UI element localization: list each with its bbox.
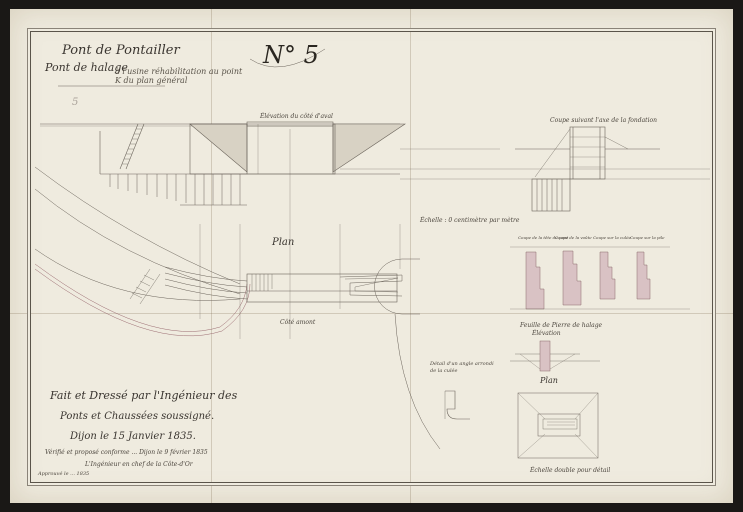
- boundary-stone-sublabel: Élévation: [532, 330, 561, 337]
- profile-label: Coupe sur la pile: [630, 235, 664, 240]
- river-side-label: Côté amont: [280, 319, 315, 326]
- signature-line-1: Fait et Dressé par l'Ingénieur des: [50, 389, 237, 402]
- drawing-title: Pont de Pontailler: [62, 43, 180, 58]
- boundary-stone-plan-label: Plan: [540, 376, 558, 385]
- pencil-mark: 5: [72, 97, 78, 108]
- signature-date: Dijon le 15 Janvier 1835.: [70, 431, 196, 442]
- profile-label: Coupe sur la culée: [593, 235, 631, 240]
- scale-label: Échelle : 0 centimètre par mètre: [420, 217, 519, 224]
- drawing-subtitle-detail: à l'usine réhabilitation au point K du p…: [115, 67, 245, 85]
- plan-label: Plan: [272, 237, 294, 248]
- boundary-stone-label: Feuille de Pierre de halage: [520, 322, 602, 329]
- detail-scale-label: Échelle double pour détail: [530, 467, 610, 474]
- marginal-note: Approuvé le ... 1835: [38, 471, 89, 477]
- elevation-label: Élévation du côté d'aval: [260, 113, 333, 120]
- signature-line-2: Ponts et Chaussées soussigné.: [60, 411, 214, 422]
- cross-section-label: Coupe suivant l'axe de la fondation: [550, 117, 657, 124]
- profile-label: Coupe de la voûte: [555, 235, 592, 240]
- drawing-sheet: Pont de Pontailler Pont de halage à l'us…: [10, 9, 733, 503]
- approval-note: Vérifié et proposé conforme ... Dijon le…: [45, 449, 208, 456]
- plate-number: N° 5: [263, 41, 319, 69]
- angle-detail-label: Détail d'un angle arrondi de la culée: [430, 361, 500, 375]
- approval-note-2: L'Ingénieur en chef de la Côte-d'Or: [85, 461, 193, 468]
